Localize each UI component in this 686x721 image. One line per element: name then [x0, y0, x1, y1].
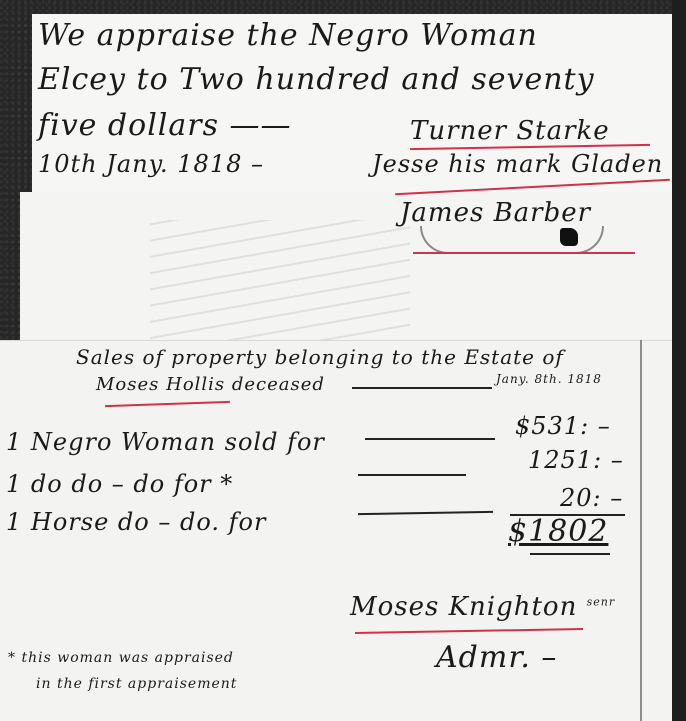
item-dash: [365, 438, 495, 440]
sale-amount-3: 20: –: [560, 484, 623, 512]
sale-amount-2: 1251: –: [528, 446, 624, 474]
sale-total: $1802: [508, 514, 608, 549]
sale-heading-line-1: Sales of property belonging to the Estat…: [76, 345, 564, 369]
sale-heading-line-2: Moses Hollis deceased: [96, 374, 325, 395]
sale-item-2: 1 do do – do for *: [6, 470, 233, 498]
footnote-line-2: in the first appraisement: [36, 676, 237, 692]
signature-underline: [413, 252, 635, 254]
administrator-title: Admr. –: [436, 640, 557, 675]
signature-jesse-gladen: Jesse his mark Gladen senr: [372, 150, 686, 178]
sale-item-3: 1 Horse do – do. for: [6, 508, 266, 536]
administrator-signature: Moses Knighton senr: [350, 592, 615, 622]
ink-blot: [560, 228, 578, 246]
signature-turner-starke: Turner Starke: [410, 116, 610, 146]
appraisal-line-1: We appraise the Negro Woman: [38, 18, 538, 53]
signature-text: Jesse his mark Gladen: [372, 150, 663, 178]
paper-edge: [640, 340, 642, 721]
administrator-suffix: senr: [587, 595, 616, 608]
signature-james-barber: James Barber: [400, 198, 591, 228]
bleed-through-text: [150, 220, 410, 340]
total-double-underline: [530, 553, 610, 555]
heading-dash: [352, 387, 492, 389]
item-dash: [358, 474, 466, 476]
sale-amount-1: $531: –: [515, 412, 611, 440]
sale-item-1: 1 Negro Woman sold for: [6, 428, 325, 456]
footnote-line-1: * this woman was appraised: [8, 650, 234, 666]
appraisal-date: 10th Jany. 1818 –: [38, 150, 264, 178]
administrator-name: Moses Knighton: [350, 592, 577, 622]
scan-edge: [672, 0, 686, 721]
sale-date: Jany. 8th. 1818: [496, 372, 602, 386]
appraisal-line-3: five dollars ——: [38, 108, 292, 143]
appraisal-line-2: Elcey to Two hundred and seventy: [38, 62, 595, 97]
